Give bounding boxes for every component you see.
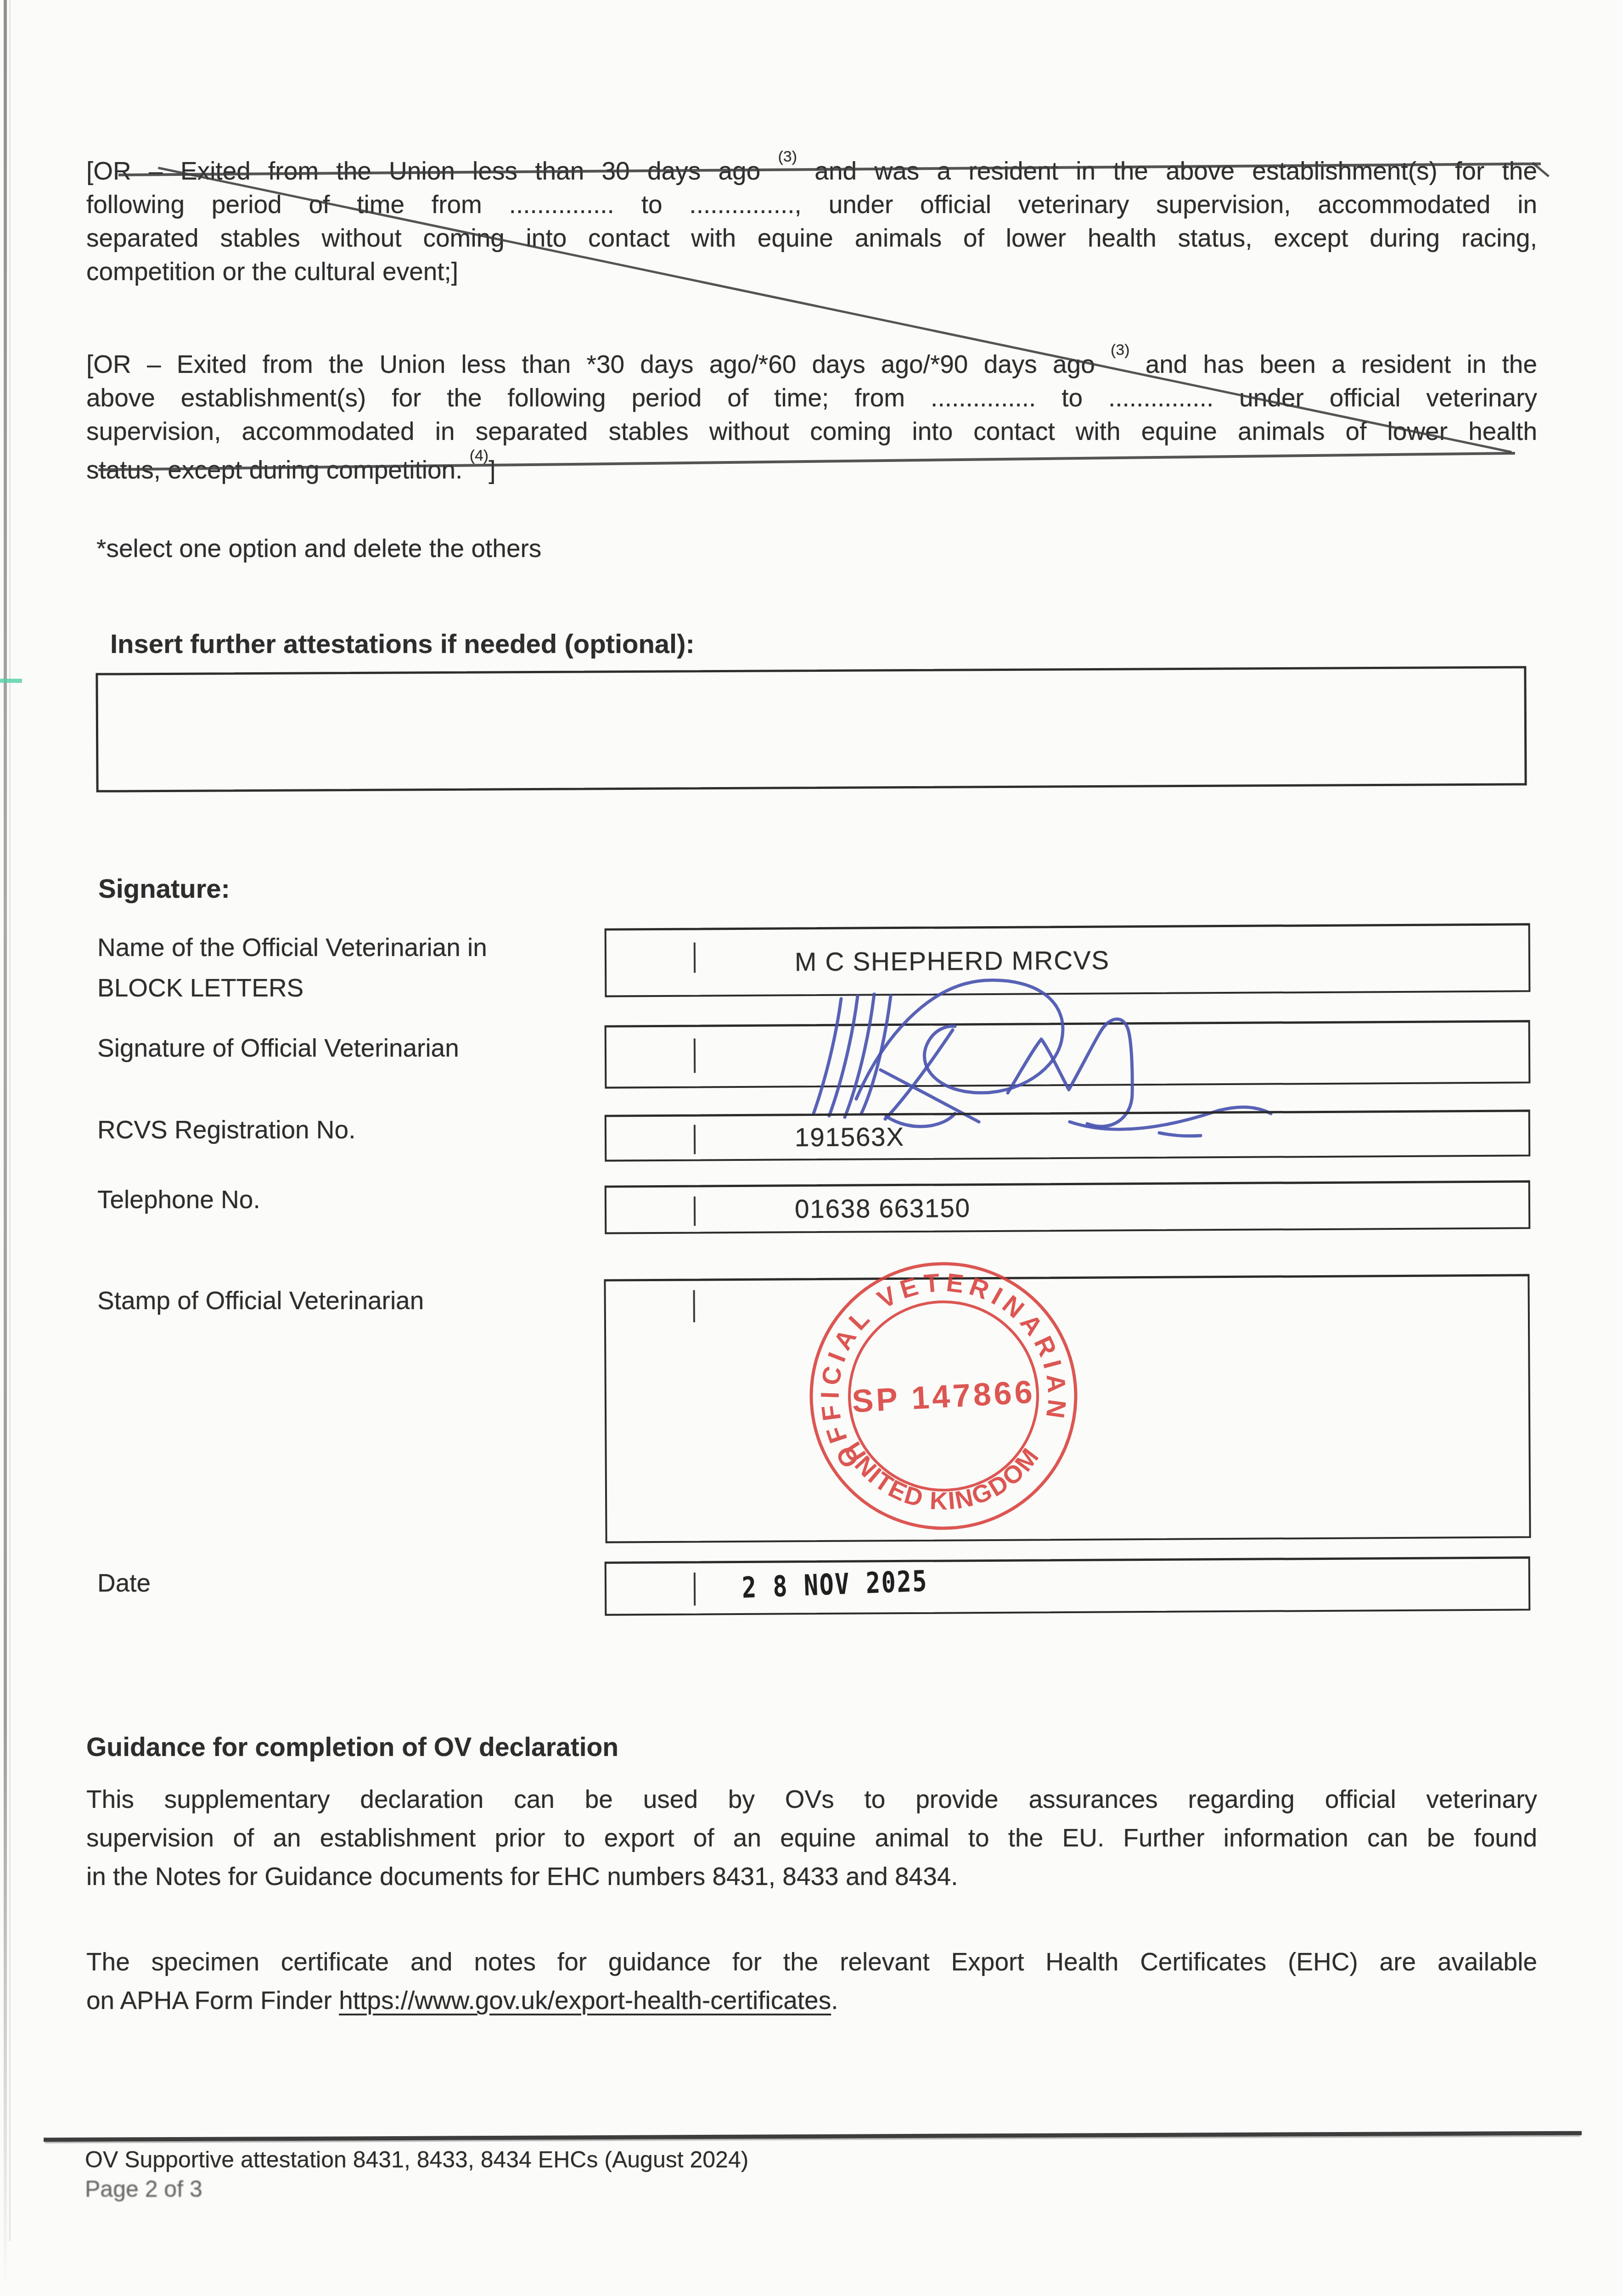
guidance-heading: Guidance for completion of OV declaratio… xyxy=(86,1731,618,1764)
paragraph-line: on APHA Form Finder https://www.gov.uk/e… xyxy=(86,1981,1537,2020)
svg-text:OFFICIAL VETERINARIAN: OFFICIAL VETERINARIAN xyxy=(809,1261,1076,1474)
paragraph-line: competition or the cultural event;] xyxy=(86,255,1537,288)
paragraph-text: [OR – Exited from the Union less than *3… xyxy=(86,350,1111,378)
rcvs-field-box: 191563X xyxy=(605,1109,1531,1161)
telephone-value: 01638 663150 xyxy=(607,1182,1529,1232)
paragraph-line: separated stables without coming into co… xyxy=(86,221,1537,255)
official-veterinarian-stamp: OFFICIAL VETERINARIAN UNITED KINGDOM SP … xyxy=(787,1244,1100,1548)
export-health-certificates-link[interactable]: https://www.gov.uk/export-health-certifi… xyxy=(339,1986,831,2015)
paragraph-line: following period of time from ..........… xyxy=(86,188,1537,221)
signature-label: Signature of Official Veterinarian xyxy=(97,1031,459,1065)
handwritten-signature xyxy=(813,976,1276,1123)
paragraph-line: supervision, accommodated in separated s… xyxy=(86,415,1537,448)
attestations-heading: Insert further attestations if needed (o… xyxy=(110,627,695,661)
signature-section-heading: Signature: xyxy=(98,872,230,906)
guidance-paragraph-2: The specimen certificate and notes for g… xyxy=(86,1942,1537,2020)
date-label: Date xyxy=(97,1566,151,1600)
scan-teal-mark xyxy=(0,679,22,683)
scanned-document-page: [OR – Exited from the Union less than 30… xyxy=(0,0,1623,2296)
paragraph-text: . xyxy=(831,1986,838,2015)
rcvs-value: 191563X xyxy=(607,1112,1528,1159)
attestations-box xyxy=(95,666,1527,792)
stamp-center-text: SP 147866 xyxy=(851,1374,1036,1419)
paragraph-line: [OR – Exited from the Union less than *3… xyxy=(86,343,1537,381)
paragraph-line: in the Notes for Guidance documents for … xyxy=(86,1857,1537,1896)
paragraph-text: and was a resident in the above establis… xyxy=(797,157,1537,185)
footer-document-reference: OV Supportive attestation 8431, 8433, 84… xyxy=(85,2145,748,2174)
telephone-label: Telephone No. xyxy=(97,1183,260,1216)
footnote-ref-3: (3) xyxy=(1111,341,1130,359)
stamp-label: Stamp of Official Veterinarian xyxy=(97,1284,424,1317)
telephone-field-box: 01638 663150 xyxy=(605,1180,1531,1234)
field-tick-mark xyxy=(693,1290,695,1322)
paragraph-line: The specimen certificate and notes for g… xyxy=(86,1942,1537,1981)
paragraph-line: This supplementary declaration can be us… xyxy=(86,1780,1537,1818)
scan-edge-line-light xyxy=(9,0,11,2241)
guidance-paragraph-1: This supplementary declaration can be us… xyxy=(86,1780,1537,1896)
select-option-note: *select one option and delete the others xyxy=(96,532,541,565)
footnote-ref-3: (3) xyxy=(778,148,797,165)
footnote-ref-4: (4) xyxy=(470,447,489,464)
paragraph-text: and has been a resident in the xyxy=(1129,350,1537,378)
paragraph-text: ] xyxy=(489,456,495,484)
paragraph-text: on APHA Form Finder xyxy=(86,1986,339,2015)
paragraph-line: above establishment(s) for the following… xyxy=(86,381,1537,415)
date-stamp-value: 2 8 NOV 2025 xyxy=(741,1564,929,1605)
paragraph-line: supervision of an establishment prior to… xyxy=(86,1818,1537,1857)
stamp-arc-top-text: OFFICIAL VETERINARIAN xyxy=(809,1261,1076,1474)
name-label: Name of the Official Veterinarian in BLO… xyxy=(97,927,625,1008)
footer-rule xyxy=(44,2131,1582,2142)
scan-edge-line xyxy=(4,0,7,2289)
footer-page-number: Page 2 of 3 xyxy=(85,2176,202,2202)
or-option-2-paragraph: [OR – Exited from the Union less than *3… xyxy=(86,343,1537,487)
rcvs-label: RCVS Registration No. xyxy=(97,1113,355,1147)
date-field-box: 2 8 NOV 2025 xyxy=(605,1556,1531,1615)
field-tick-mark xyxy=(694,1039,696,1073)
date-value-wrap: 2 8 NOV 2025 xyxy=(607,1559,1529,1614)
